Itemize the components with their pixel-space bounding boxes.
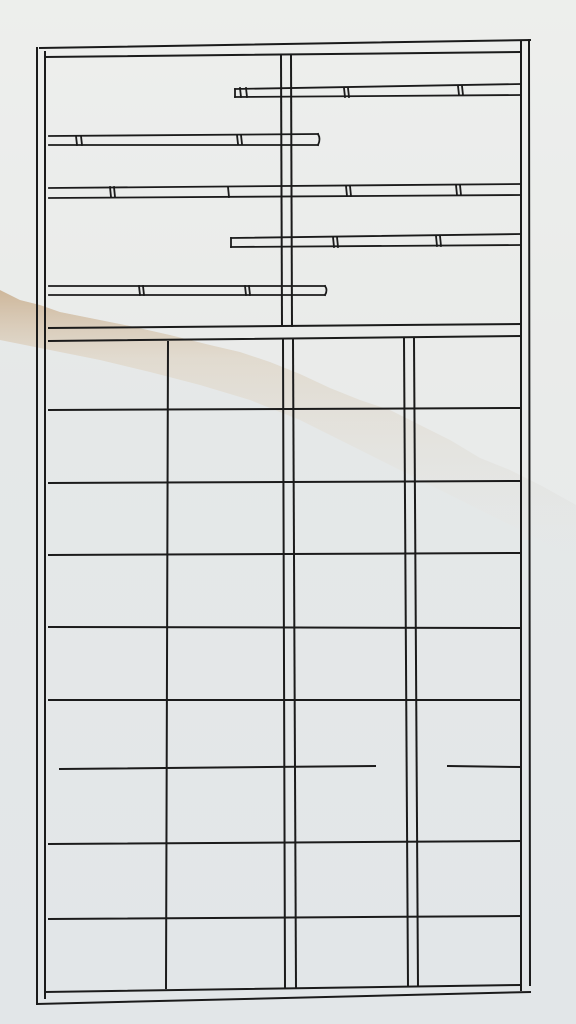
bar-row-3 <box>49 184 521 198</box>
bar-row-4 <box>231 234 521 247</box>
bamboo-bars <box>49 84 521 295</box>
printed-diagram <box>0 0 576 1024</box>
section-separator <box>49 324 521 341</box>
bar-row-5 <box>49 286 327 295</box>
lower-grid <box>49 339 521 988</box>
bar-row-2 <box>49 134 320 145</box>
bar-row-1 <box>235 84 521 97</box>
